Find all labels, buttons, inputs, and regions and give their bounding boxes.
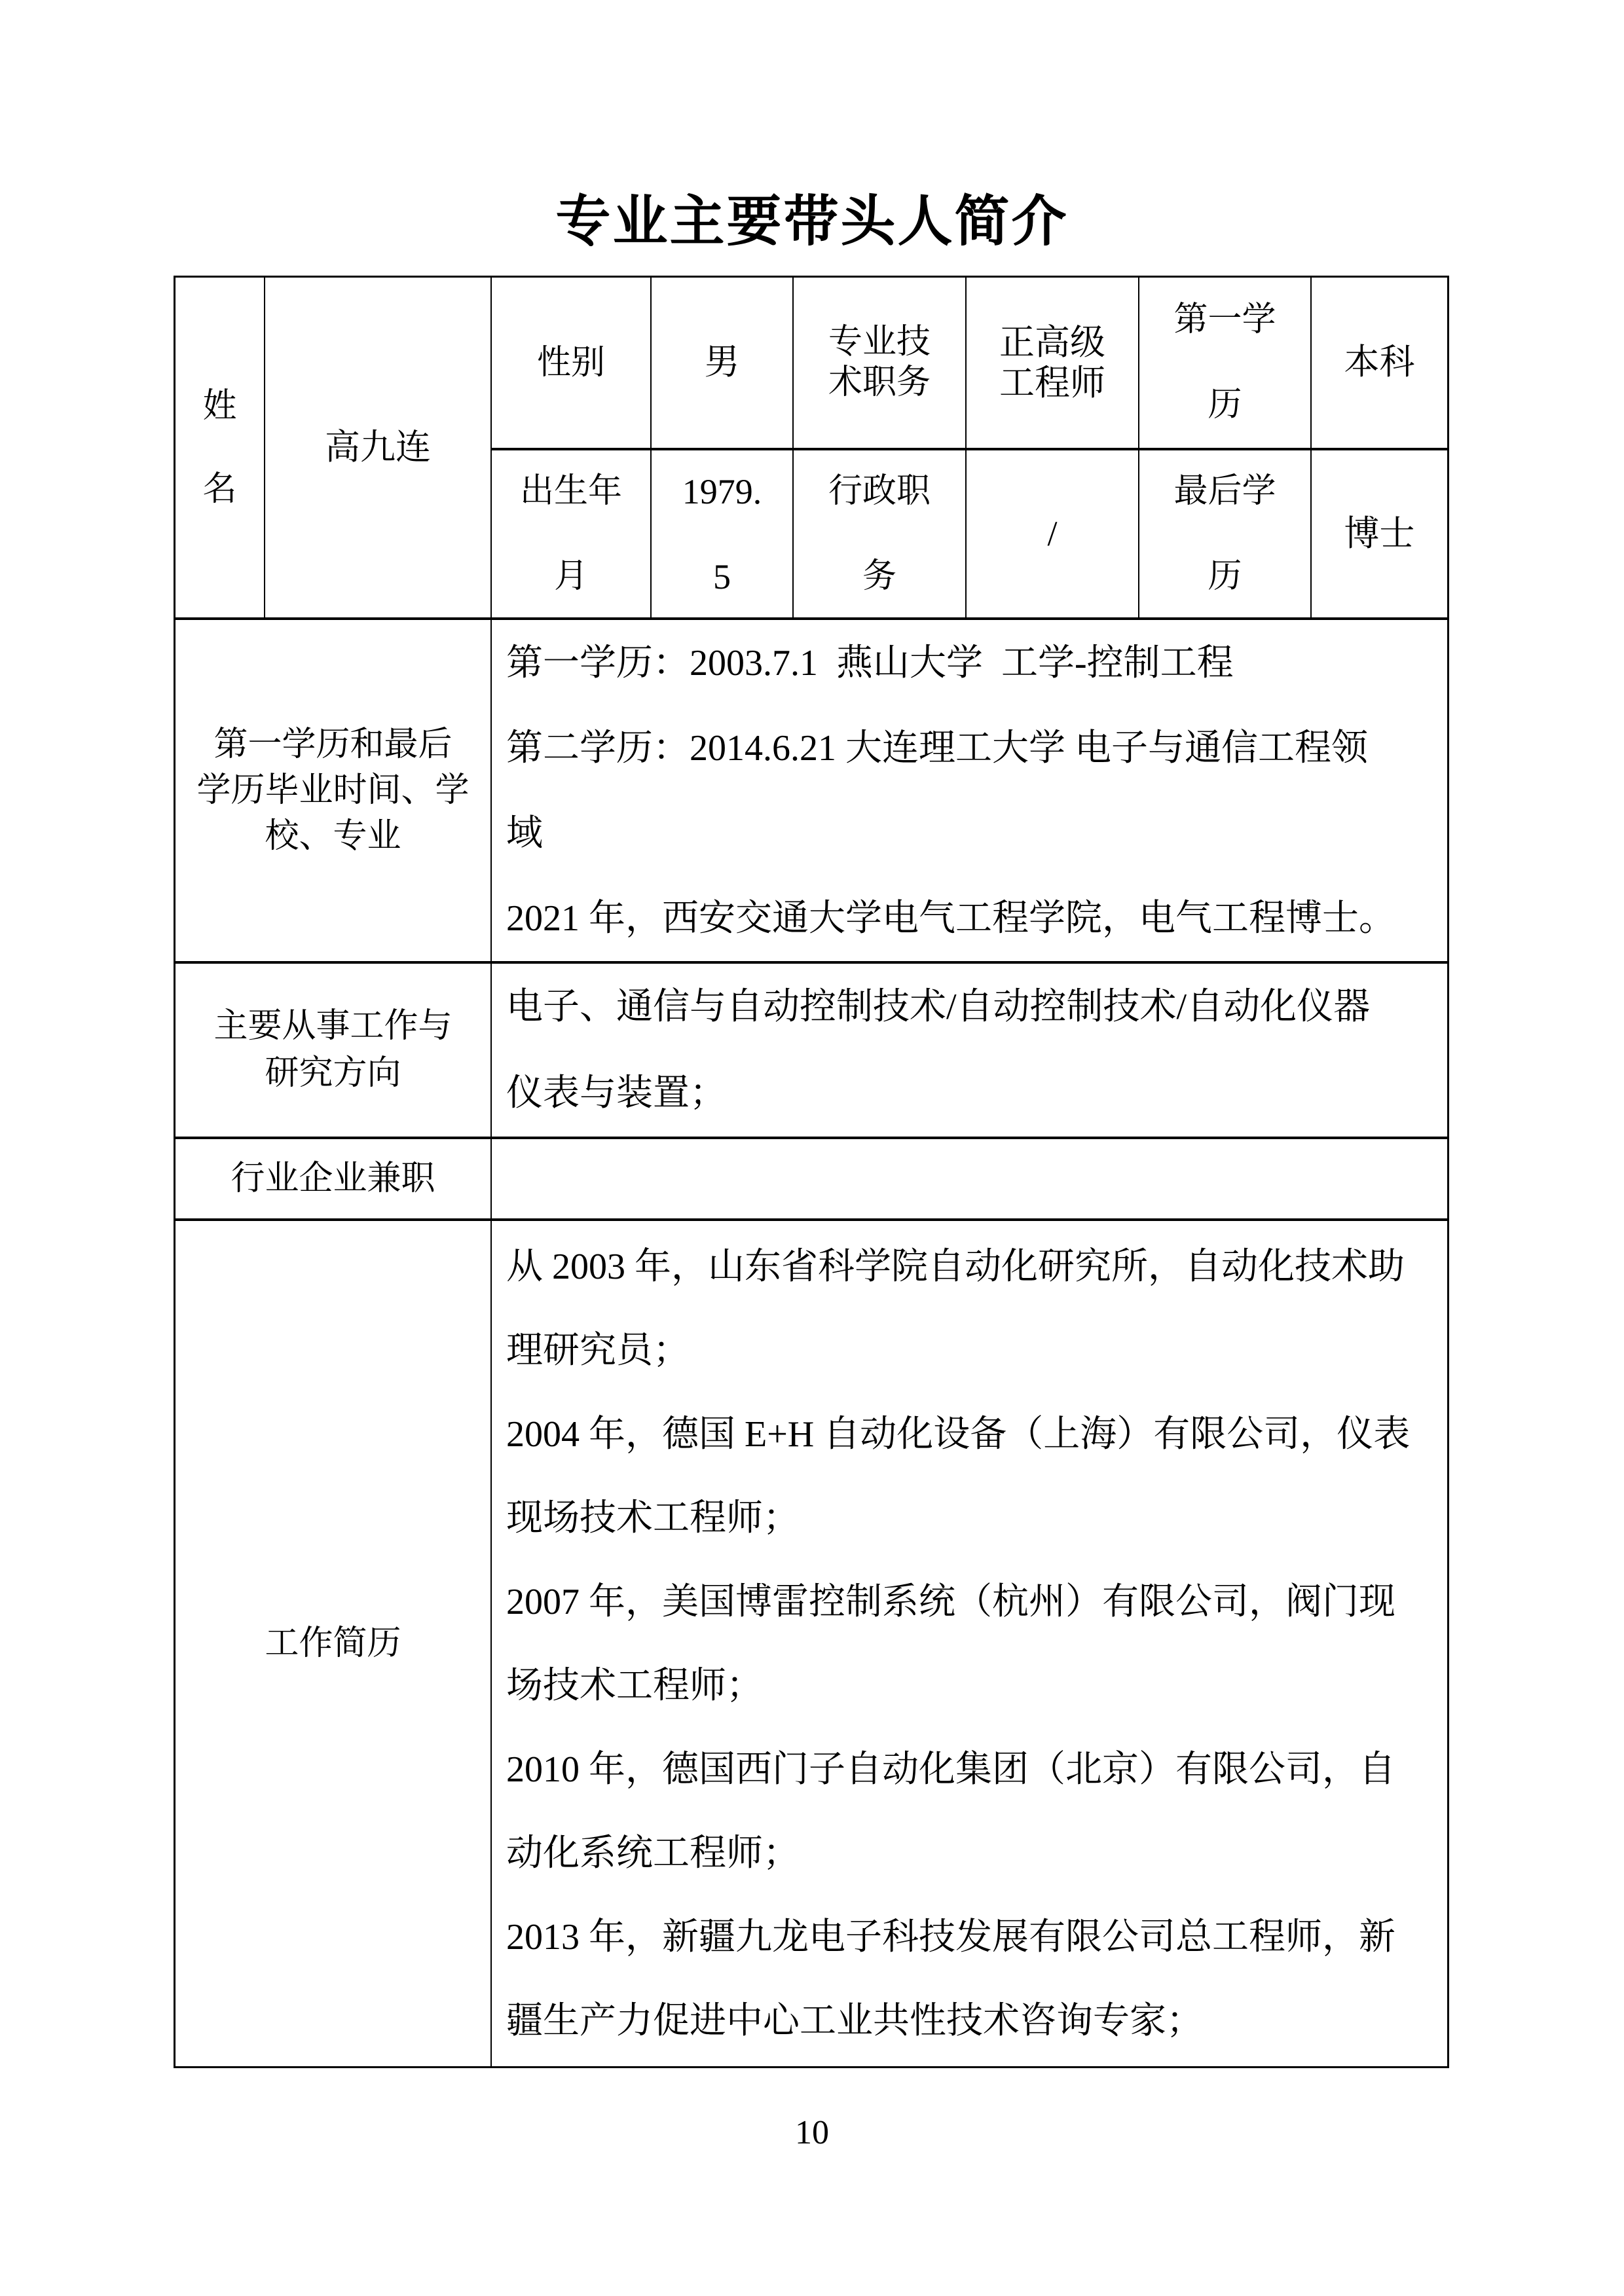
gender-label: 性别: [537, 342, 605, 384]
research-direction-label-cell: 主要从事工作与研究方向: [175, 964, 492, 1137]
first-degree-label-cell: 第一学历: [1139, 278, 1312, 450]
text-line: 2007 年，美国博雷控制系统（杭州）有限公司，阀门现: [506, 1560, 1395, 1644]
text-line: 第二学历：2014.6.21 大连理工大学 电子与通信工程领: [506, 706, 1368, 791]
last-degree-value: 博士: [1344, 512, 1415, 556]
text-line: 名: [202, 448, 236, 531]
last-degree-value-cell: 博士: [1312, 450, 1447, 617]
name-label-cell: 姓名: [175, 278, 265, 617]
admin-post-value-cell: /: [967, 450, 1139, 617]
last-degree-label-cell: 最后学历: [1139, 450, 1312, 617]
text-line: 术职务: [828, 363, 931, 403]
gender-value-cell: 男: [652, 278, 794, 450]
career-history-content-cell: 从 2003 年，山东省科学院自动化研究所，自动化技术助理研究员；2004 年，…: [492, 1221, 1447, 2066]
text-line: 工程师: [999, 363, 1105, 403]
text-line: 5: [713, 534, 731, 618]
industry-parttime-section: 行业企业兼职: [175, 1139, 1447, 1221]
text-line: 行业企业兼职: [231, 1157, 435, 1200]
text-line: 务: [862, 534, 896, 618]
text-line: 学历毕业时间、学: [196, 768, 469, 814]
text-line: 疆生产力促进中心工业共性技术咨询专家；: [506, 1979, 1203, 2063]
text-line: 1979.: [682, 450, 762, 534]
name-value-cell: 高九连: [265, 278, 492, 617]
text-line: 第一学: [1173, 278, 1276, 363]
text-line: 历: [1208, 534, 1242, 618]
education-history-section: 第一学历和最后学历毕业时间、学校、专业 第一学历：2003.7.1 燕山大学 工…: [175, 620, 1447, 964]
document-page: 专业主要带头人简介 姓名 高九连 性别 男 专业技术职务 正高级工程师 第一学历…: [0, 0, 1624, 2296]
research-direction-content-cell: 电子、通信与自动控制技术/自动控制技术/自动化仪器仪表与装置；: [492, 964, 1447, 1137]
text-line: 月: [554, 534, 588, 618]
text-line: 场技术工程师；: [506, 1644, 763, 1728]
text-line: 历: [1208, 363, 1242, 448]
industry-parttime-label-cell: 行业企业兼职: [175, 1139, 492, 1218]
text-line: 2004 年，德国 E+H 自动化设备（上海）有限公司，仪表: [506, 1393, 1410, 1476]
text-line: 从 2003 年，山东省科学院自动化研究所，自动化技术助: [506, 1225, 1405, 1309]
text-line: 动化系统工程师；: [506, 1812, 800, 1895]
admin-post-label-cell: 行政职务: [794, 450, 967, 617]
text-line: 2013 年，新疆九龙电子科技发展有限公司总工程师，新: [506, 1895, 1395, 1979]
leader-profile-table: 姓名 高九连 性别 男 专业技术职务 正高级工程师 第一学历 本科 出生年月 1…: [174, 276, 1449, 2068]
text-line: 2010 年，德国西门子自动化集团（北京）有限公司，自: [506, 1728, 1395, 1812]
admin-post-value: /: [1047, 512, 1057, 556]
industry-parttime-content-cell: [492, 1139, 1447, 1218]
career-history-label-cell: 工作简历: [175, 1221, 492, 2066]
birth-date-label-cell: 出生年月: [492, 450, 652, 617]
text-line: 第一学历和最后: [213, 722, 452, 768]
text-line: 专业技: [828, 322, 931, 363]
text-line: 最后学: [1173, 450, 1276, 534]
career-history-section: 工作简历 从 2003 年，山东省科学院自动化研究所，自动化技术助理研究员；20…: [175, 1221, 1447, 2066]
page-title: 专业主要带头人简介: [0, 191, 1624, 254]
birth-date-value-cell: 1979.5: [652, 450, 794, 617]
professional-title-label-cell: 专业技术职务: [794, 278, 967, 450]
text-line: 2021 年，西安交通大学电气工程学院，电气工程博士。: [506, 876, 1395, 961]
education-history-content-cell: 第一学历：2003.7.1 燕山大学 工学-控制工程第二学历：2014.6.21…: [492, 620, 1447, 961]
text-line: 出生年: [520, 450, 622, 534]
education-history-label-cell: 第一学历和最后学历毕业时间、学校、专业: [175, 620, 492, 961]
research-direction-section: 主要从事工作与研究方向 电子、通信与自动控制技术/自动控制技术/自动化仪器仪表与…: [175, 964, 1447, 1139]
text-line: 行政职: [828, 450, 931, 534]
text-line: 姓: [202, 365, 236, 448]
text-line: 工作简历: [265, 1622, 401, 1665]
basic-info-block: 姓名 高九连 性别 男 专业技术职务 正高级工程师 第一学历 本科 出生年月 1…: [175, 278, 1447, 620]
gender-label-cell: 性别: [492, 278, 652, 450]
text-line: 现场技术工程师；: [506, 1476, 800, 1560]
text-line: 研究方向: [265, 1050, 401, 1097]
first-degree-value-cell: 本科: [1312, 278, 1447, 450]
text-line: 仪表与装置；: [506, 1050, 726, 1137]
text-line: 理研究员；: [506, 1309, 690, 1393]
first-degree-value: 本科: [1344, 340, 1415, 385]
name-value: 高九连: [325, 426, 431, 470]
page-number: 10: [0, 2113, 1624, 2153]
text-line: 电子、通信与自动控制技术/自动控制技术/自动化仪器: [506, 964, 1370, 1050]
text-line: 校、专业: [265, 814, 401, 860]
text-line: 正高级: [999, 322, 1105, 363]
professional-title-value-cell: 正高级工程师: [967, 278, 1139, 450]
text-line: 主要从事工作与: [213, 1003, 452, 1050]
gender-value: 男: [705, 340, 740, 385]
text-line: 第一学历：2003.7.1 燕山大学 工学-控制工程: [506, 621, 1234, 706]
text-line: 域: [506, 791, 543, 876]
